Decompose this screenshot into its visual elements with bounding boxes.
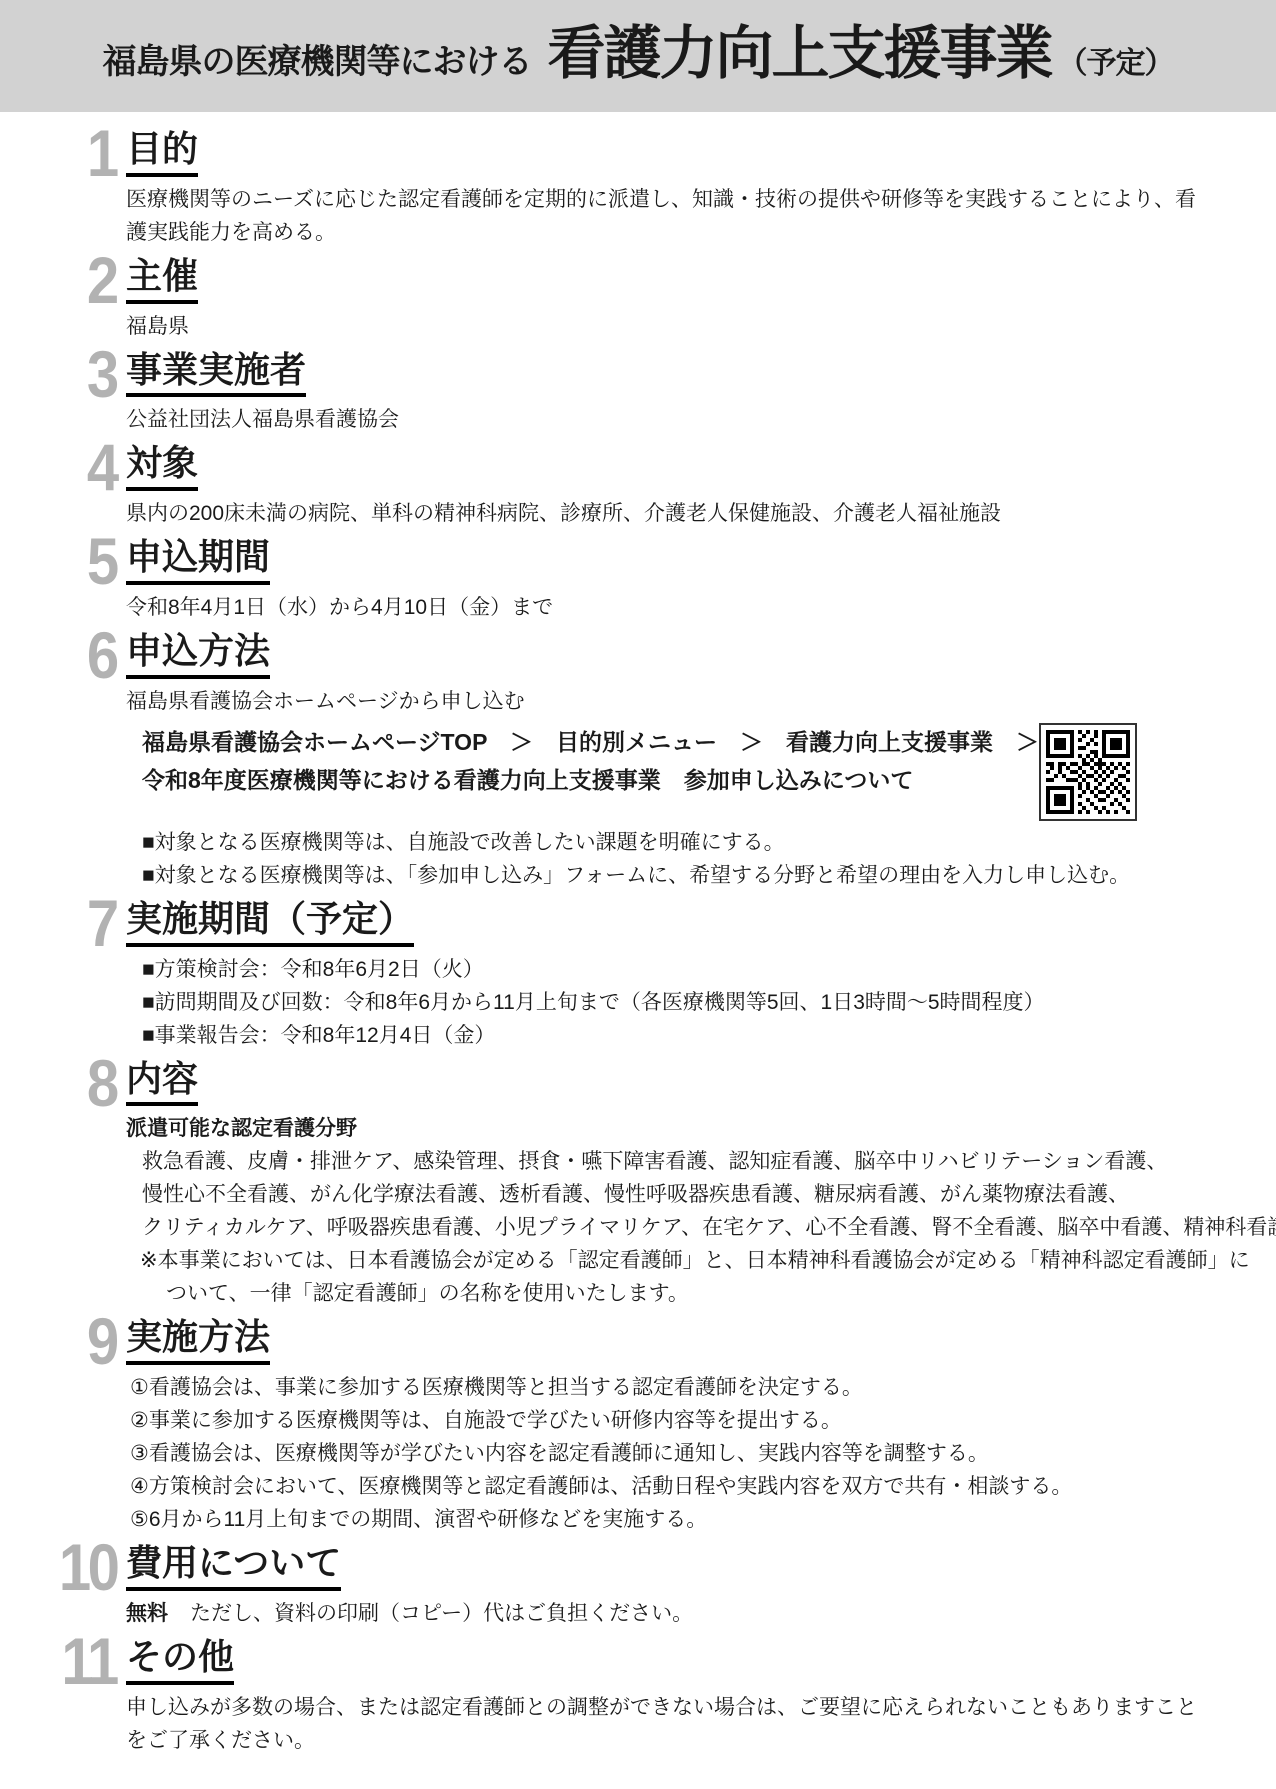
section-number: 4	[48, 442, 116, 492]
section-body-text: 福島県	[126, 310, 1216, 343]
application-note-item: ■対象となる医療機関等は、自施設で改善したい課題を明確にする。	[126, 826, 1216, 859]
section-number: 8	[48, 1058, 116, 1108]
nursing-field-line: 慢性心不全看護、がん化学療法看護、透析看護、慢性呼吸器疾患看護、糖尿病看護、がん…	[126, 1178, 1216, 1211]
section-heading: 内容	[126, 1060, 1216, 1107]
section-implementer: 3 事業実施者 公益社団法人福島県看護協会	[48, 349, 1216, 437]
application-intro: 福島県看護協会ホームページから申し込む	[126, 685, 1216, 718]
method-step: ②事業に参加する医療機関等は、自施設で学びたい研修内容等を提出する。	[126, 1404, 1216, 1437]
section-number: 1	[48, 128, 116, 178]
document-page: 福島県の医療機関等における看護力向上支援事業（予定） 1 目的 医療機関等のニー…	[0, 0, 1276, 1789]
method-step: ①看護協会は、事業に参加する医療機関等と担当する認定看護師を決定する。	[126, 1371, 1216, 1404]
section-implementation-method: 9 実施方法 ①看護協会は、事業に参加する医療機関等と担当する認定看護師を決定す…	[48, 1316, 1216, 1536]
schedule-item: ■方策検討会：令和8年6月2日（火）	[126, 953, 1216, 986]
section-heading: 事業実施者	[126, 351, 1216, 398]
title-prefix: 福島県の医療機関等における	[102, 43, 531, 81]
section-number: 3	[48, 349, 116, 399]
section-heading: その他	[126, 1638, 1216, 1685]
contents-subheading: 派遣可能な認定看護分野	[126, 1112, 1216, 1145]
title-suffix: （予定）	[1058, 47, 1174, 80]
contents-footnote: ついて、一律「認定看護師」の名称を使用いたします。	[126, 1277, 1216, 1310]
section-heading: 実施期間（予定）	[126, 900, 1216, 947]
section-number: 7	[48, 898, 116, 948]
section-body-text: 県内の200床未満の病院、単科の精神科病院、診療所、介護老人保健施設、介護老人福…	[126, 497, 1216, 530]
method-step: ④方策検討会において、医療機関等と認定看護師は、活動日程や実践内容を双方で共有・…	[126, 1470, 1216, 1503]
section-body-text: 公益社団法人福島県看護協会	[126, 403, 1216, 436]
section-contents: 8 内容 派遣可能な認定看護分野 救急看護、皮膚・排泄ケア、感染管理、摂食・嚥下…	[48, 1058, 1216, 1311]
fee-free-label: 無料	[126, 1602, 168, 1625]
section-heading: 費用について	[126, 1544, 1216, 1591]
contents-footnote: ※本事業においては、日本看護協会が定める「認定看護師」と、日本精神科看護協会が定…	[126, 1244, 1216, 1277]
section-heading: 申込方法	[126, 632, 1216, 679]
schedule-item: ■事業報告会：令和8年12月4日（金）	[126, 1019, 1216, 1052]
section-heading: 実施方法	[126, 1318, 1216, 1365]
section-application-period: 5 申込期間 令和8年4月1日（水）から4月10日（金）まで	[48, 536, 1216, 624]
section-heading: 申込期間	[126, 538, 1216, 585]
section-heading: 目的	[126, 130, 1216, 177]
document-body: 1 目的 医療機関等のニーズに応じた認定看護師を定期的に派遣し、知識・技術の提供…	[0, 112, 1276, 1757]
section-number: 6	[48, 630, 116, 680]
section-number: 11	[48, 1636, 116, 1686]
breadcrumb-line: 令和8年度医療機関等における看護力向上支援事業 参加申し込みについて	[142, 761, 1039, 799]
fee-note: ただし、資料の印刷（コピー）代はご負担ください。	[190, 1602, 693, 1625]
section-body-text: 医療機関等のニーズに応じた認定看護師を定期的に派遣し、知識・技術の提供や研修等を…	[126, 183, 1216, 249]
section-number: 9	[48, 1316, 116, 1366]
title-main: 看護力向上支援事業	[547, 21, 1051, 86]
breadcrumb: 福島県看護協会ホームページTOP ＞ 目的別メニュー ＞ 看護力向上支援事業 ＞…	[126, 723, 1039, 799]
section-purpose: 1 目的 医療機関等のニーズに応じた認定看護師を定期的に派遣し、知識・技術の提供…	[48, 128, 1216, 249]
method-step: ⑤6月から11月上旬までの期間、演習や研修などを実施する。	[126, 1503, 1216, 1536]
section-fee: 10 費用について 無料ただし、資料の印刷（コピー）代はご負担ください。	[48, 1542, 1216, 1630]
section-body-text: 令和8年4月1日（水）から4月10日（金）まで	[126, 591, 1216, 624]
section-implementation-period: 7 実施期間（予定） ■方策検討会：令和8年6月2日（火） ■訪問期間及び回数：…	[48, 898, 1216, 1052]
section-number: 5	[48, 536, 116, 586]
section-application-method: 6 申込方法 福島県看護協会ホームページから申し込む 福島県看護協会ホームページ…	[48, 630, 1216, 892]
breadcrumb-line: 福島県看護協会ホームページTOP ＞ 目的別メニュー ＞ 看護力向上支援事業 ＞	[142, 723, 1039, 761]
method-step: ③看護協会は、医療機関等が学びたい内容を認定看護師に通知し、実践内容等を調整する…	[126, 1437, 1216, 1470]
nursing-field-line: クリティカルケア、呼吸器疾患看護、小児プライマリケア、在宅ケア、心不全看護、腎不…	[126, 1211, 1216, 1244]
section-number: 2	[48, 255, 116, 305]
section-heading: 対象	[126, 444, 1216, 491]
application-note-item: ■対象となる医療機関等は、「参加申し込み」フォームに、希望する分野と希望の理由を…	[126, 859, 1216, 892]
application-breadcrumb-row: 福島県看護協会ホームページTOP ＞ 目的別メニュー ＞ 看護力向上支援事業 ＞…	[126, 723, 1216, 821]
section-organizer: 2 主催 福島県	[48, 255, 1216, 343]
section-number: 10	[48, 1542, 116, 1592]
section-body-text: 申し込みが多数の場合、または認定看護師との調整ができない場合は、ご要望に応えられ…	[126, 1691, 1216, 1757]
section-other: 11 その他 申し込みが多数の場合、または認定看護師との調整ができない場合は、ご…	[48, 1636, 1216, 1757]
section-heading: 主催	[126, 257, 1216, 304]
nursing-field-line: 救急看護、皮膚・排泄ケア、感染管理、摂食・嚥下障害看護、認知症看護、脳卒中リハビ…	[126, 1145, 1216, 1178]
fee-statement: 無料ただし、資料の印刷（コピー）代はご負担ください。	[126, 1597, 1216, 1630]
schedule-item: ■訪問期間及び回数：令和8年6月から11月上旬まで（各医療機関等5回、1日3時間…	[126, 986, 1216, 1019]
section-target: 4 対象 県内の200床未満の病院、単科の精神科病院、診療所、介護老人保健施設、…	[48, 442, 1216, 530]
document-header: 福島県の医療機関等における看護力向上支援事業（予定）	[0, 0, 1276, 112]
qr-code-icon	[1039, 723, 1137, 821]
